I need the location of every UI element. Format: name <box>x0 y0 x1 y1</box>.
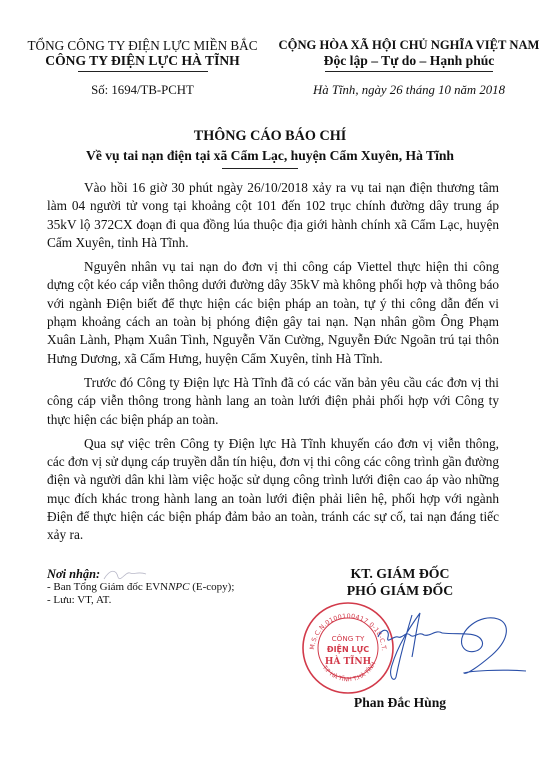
svg-text:ĐIỆN LỰC: ĐIỆN LỰC <box>327 644 369 654</box>
document-subtitle: Về vụ tai nạn điện tại xã Cẩm Lạc, huyện… <box>0 148 540 164</box>
motto-divider <box>325 71 493 72</box>
paragraph: Vào hồi 16 giờ 30 phút ngày 26/10/2018 x… <box>47 179 499 252</box>
title-divider <box>222 168 298 169</box>
parent-organization: TỔNG CÔNG TY ĐIỆN LỰC MIỀN BẮC <box>20 38 265 53</box>
paragraph: Trước đó Công ty Điện lực Hà Tĩnh đã có … <box>47 374 499 429</box>
handwritten-signature-icon <box>370 605 530 685</box>
document-title: THÔNG CÁO BÁO CHÍ <box>0 128 540 145</box>
national-header: CỘNG HÒA XÃ HỘI CHỦ NGHĨA VIỆT NAM Độc l… <box>278 38 540 72</box>
paragraph: Qua sự việc trên Công ty Điện lực Hà Tĩn… <box>47 435 499 545</box>
organization-name: CÔNG TY ĐIỆN LỰC HÀ TĨNH <box>20 53 265 69</box>
document-body: Vào hồi 16 giờ 30 phút ngày 26/10/2018 x… <box>47 179 499 551</box>
signer-position: PHÓ GIÁM ĐỐC <box>300 582 500 599</box>
signer-name: Phan Đắc Hùng <box>300 695 500 711</box>
national-motto: Độc lập – Tự do – Hạnh phúc <box>278 53 540 69</box>
recipient-item: - Ban Tổng Giám đốc EVNNPC (E-copy); <box>47 581 287 594</box>
header-divider <box>78 71 208 72</box>
signature-block: KT. GIÁM ĐỐC PHÓ GIÁM ĐỐC <box>300 565 500 599</box>
place-and-date: Hà Tĩnh, ngày 26 tháng 10 năm 2018 <box>278 83 540 98</box>
document-number: Số: 1694/TB-PCHT <box>20 83 265 98</box>
recipients-block: Nơi nhận: - Ban Tổng Giám đốc EVNNPC (E-… <box>47 567 287 607</box>
recipient-item: - Lưu: VT, AT. <box>47 594 287 607</box>
signer-authority: KT. GIÁM ĐỐC <box>300 565 500 582</box>
svg-text:CÔNG TY: CÔNG TY <box>332 634 365 643</box>
recipients-label: Nơi nhận: <box>47 567 287 581</box>
nation-name: CỘNG HÒA XÃ HỘI CHỦ NGHĨA VIỆT NAM <box>278 38 540 53</box>
svg-text:HÀ TĨNH: HÀ TĨNH <box>325 655 372 667</box>
paragraph: Nguyên nhân vụ tai nạn do đơn vị thi côn… <box>47 258 499 368</box>
issuer-header: TỔNG CÔNG TY ĐIỆN LỰC MIỀN BẮC CÔNG TY Đ… <box>20 38 265 72</box>
